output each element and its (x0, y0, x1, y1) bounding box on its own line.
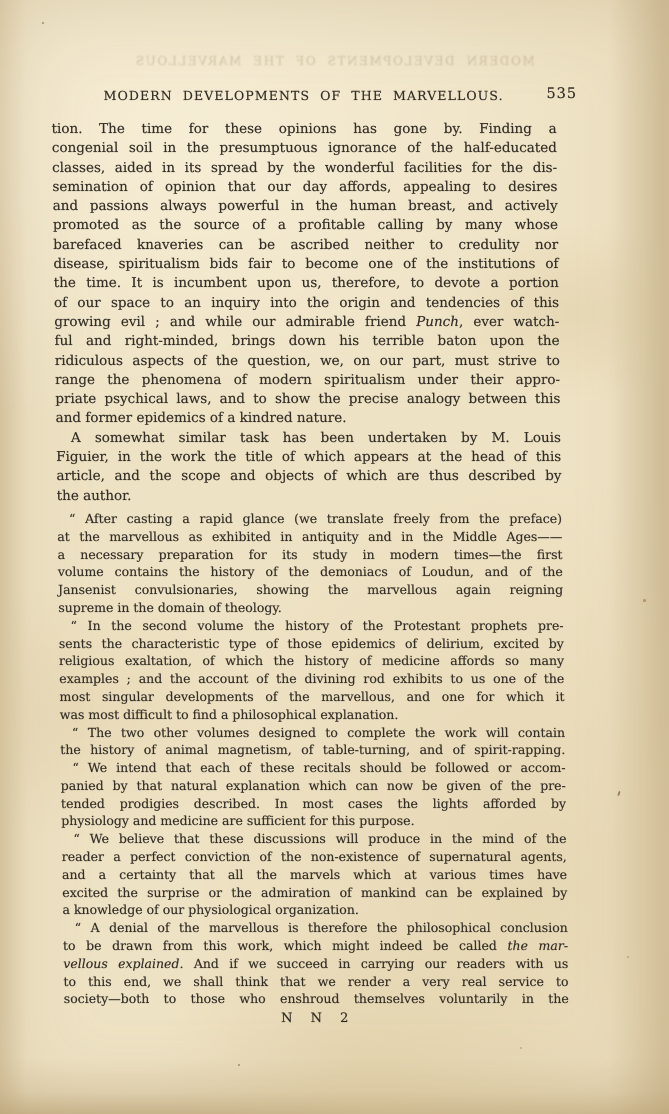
text-line: reader a perfect conviction of the non-e… (62, 848, 567, 866)
text-line: “ The two other volumes designed to comp… (60, 724, 565, 742)
paragraph: “ In the second volume the history of th… (58, 617, 564, 724)
text-line: and passions always powerful in the huma… (53, 197, 558, 216)
text-line: “ In the second volume the history of th… (58, 617, 563, 635)
text-line: range the phenomena of modern spirituali… (55, 371, 560, 390)
text-line: the time. It is incumbent upon us, there… (54, 274, 559, 293)
paragraph: A somewhat similar task has been underta… (56, 429, 562, 506)
paragraph: “ A denial of the marvellous is therefor… (63, 919, 569, 1008)
page-number: 535 (546, 86, 577, 102)
text-line: congenial soil in the presumptuous ignor… (52, 139, 557, 158)
text-line: classes, aided in its spread by the wond… (52, 159, 557, 178)
text-line: “ We intend that each of these recitals … (60, 759, 565, 777)
paper-speck (238, 1064, 240, 1066)
text-line: “ After casting a rapid glance (we trans… (57, 510, 562, 528)
text-line: “ A denial of the marvellous is therefor… (63, 919, 568, 937)
paragraph: “ We intend that each of these recitals … (60, 759, 566, 830)
text-line: “ We believe that these discussions will… (61, 830, 566, 848)
paper-speck (643, 599, 646, 602)
paper-speck (520, 1047, 522, 1049)
text-line: sents the characteristic type of those e… (59, 635, 564, 653)
text-line: priate psychical laws, and to show the p… (55, 390, 560, 409)
text-line: and former epidemics of a kindred nature… (55, 409, 560, 428)
text-line: to be drawn from this work, which might … (63, 937, 568, 955)
text-line: physiology and medicine are sufficient f… (61, 812, 566, 830)
text-line: panied by that natural explanation which… (61, 777, 566, 795)
text-line: to this end, we shall think that we rend… (63, 973, 568, 991)
text-line: the author. (57, 487, 562, 506)
scanned-book-page: MODERN DEVELOPMENTS OF THE MARVELLOUS MO… (0, 0, 669, 1114)
article-body: tion. The time for these opinions has go… (51, 120, 568, 1008)
paper-speck (627, 956, 629, 958)
paragraph: “ We believe that these discussions will… (61, 830, 567, 919)
text-line: was most difficult to find a philosophic… (60, 706, 565, 724)
text-line: semination of opinion that our day affor… (52, 178, 557, 197)
text-line: ful and right-minded, brings down his te… (54, 332, 559, 351)
text-line: a necessary preparation for its study in… (57, 546, 562, 564)
paper-speck (42, 22, 44, 24)
paragraph: “ After casting a rapid glance (we trans… (57, 510, 563, 617)
text-line: vellous explained. And if we succeed in … (63, 955, 568, 973)
text-line: ridiculous aspects of the question, we, … (55, 352, 560, 371)
text-line: and a certainty that all the marvels whi… (62, 866, 567, 884)
text-line: growing evil ; and while our admirable f… (54, 313, 559, 332)
text-line: supreme in the domain of theology. (58, 599, 563, 617)
text-line: Figuier, in the work the title of which … (56, 448, 561, 467)
text-line: a knowledge of our physiological organiz… (62, 901, 567, 919)
text-line: tended prodigies described. In most case… (61, 795, 566, 813)
text-line: excited the surprise or the admiration o… (62, 884, 567, 902)
bleed-through-text: MODERN DEVELOPMENTS OF THE MARVELLOUS (0, 54, 669, 68)
text-line: A somewhat similar task has been underta… (56, 429, 561, 448)
text-line: the history of animal magnetism, of tabl… (60, 741, 565, 759)
paragraph: “ The two other volumes designed to comp… (60, 724, 565, 760)
paper-speck (617, 791, 620, 796)
paragraph: tion. The time for these opinions has go… (51, 120, 560, 429)
running-head: MODERN DEVELOPMENTS OF THE MARVELLOUS. 5… (51, 88, 556, 105)
text-line: at the marvellous as exhibited in antiqu… (57, 528, 562, 546)
text-line: volume contains the history of the demon… (58, 563, 563, 581)
text-line: society—both to those who enshroud thems… (64, 990, 569, 1008)
text-line: Jansenist convulsionaries, showing the m… (58, 581, 563, 599)
printer-signature: N N 2 (64, 1011, 569, 1026)
text-line: religious exaltation, of which the histo… (59, 652, 564, 670)
running-head-title: MODERN DEVELOPMENTS OF THE MARVELLOUS. (51, 88, 556, 103)
text-line: barefaced knaveries can be ascribed neit… (53, 236, 558, 255)
text-line: of our space to an inquiry into the orig… (54, 294, 559, 313)
text-line: promoted as the source of a profitable c… (53, 216, 558, 235)
text-line: most singular developments of the marvel… (59, 688, 564, 706)
text-line: disease, spiritualism bids fair to becom… (53, 255, 558, 274)
text-line: examples ; and the account of the divini… (59, 670, 564, 688)
text-line: tion. The time for these opinions has go… (51, 120, 556, 139)
text-column: MODERN DEVELOPMENTS OF THE MARVELLOUS. 5… (51, 88, 569, 1026)
text-line: article, and the scope and objects of wh… (56, 467, 561, 486)
